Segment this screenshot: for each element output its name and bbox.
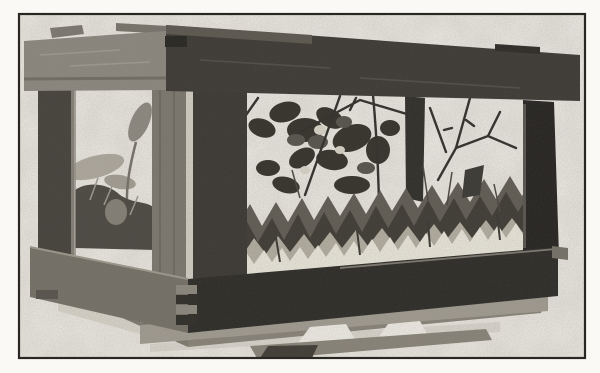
halftone-grain (19, 14, 585, 358)
figure-page (0, 0, 600, 373)
terrarium-photo (0, 0, 600, 373)
